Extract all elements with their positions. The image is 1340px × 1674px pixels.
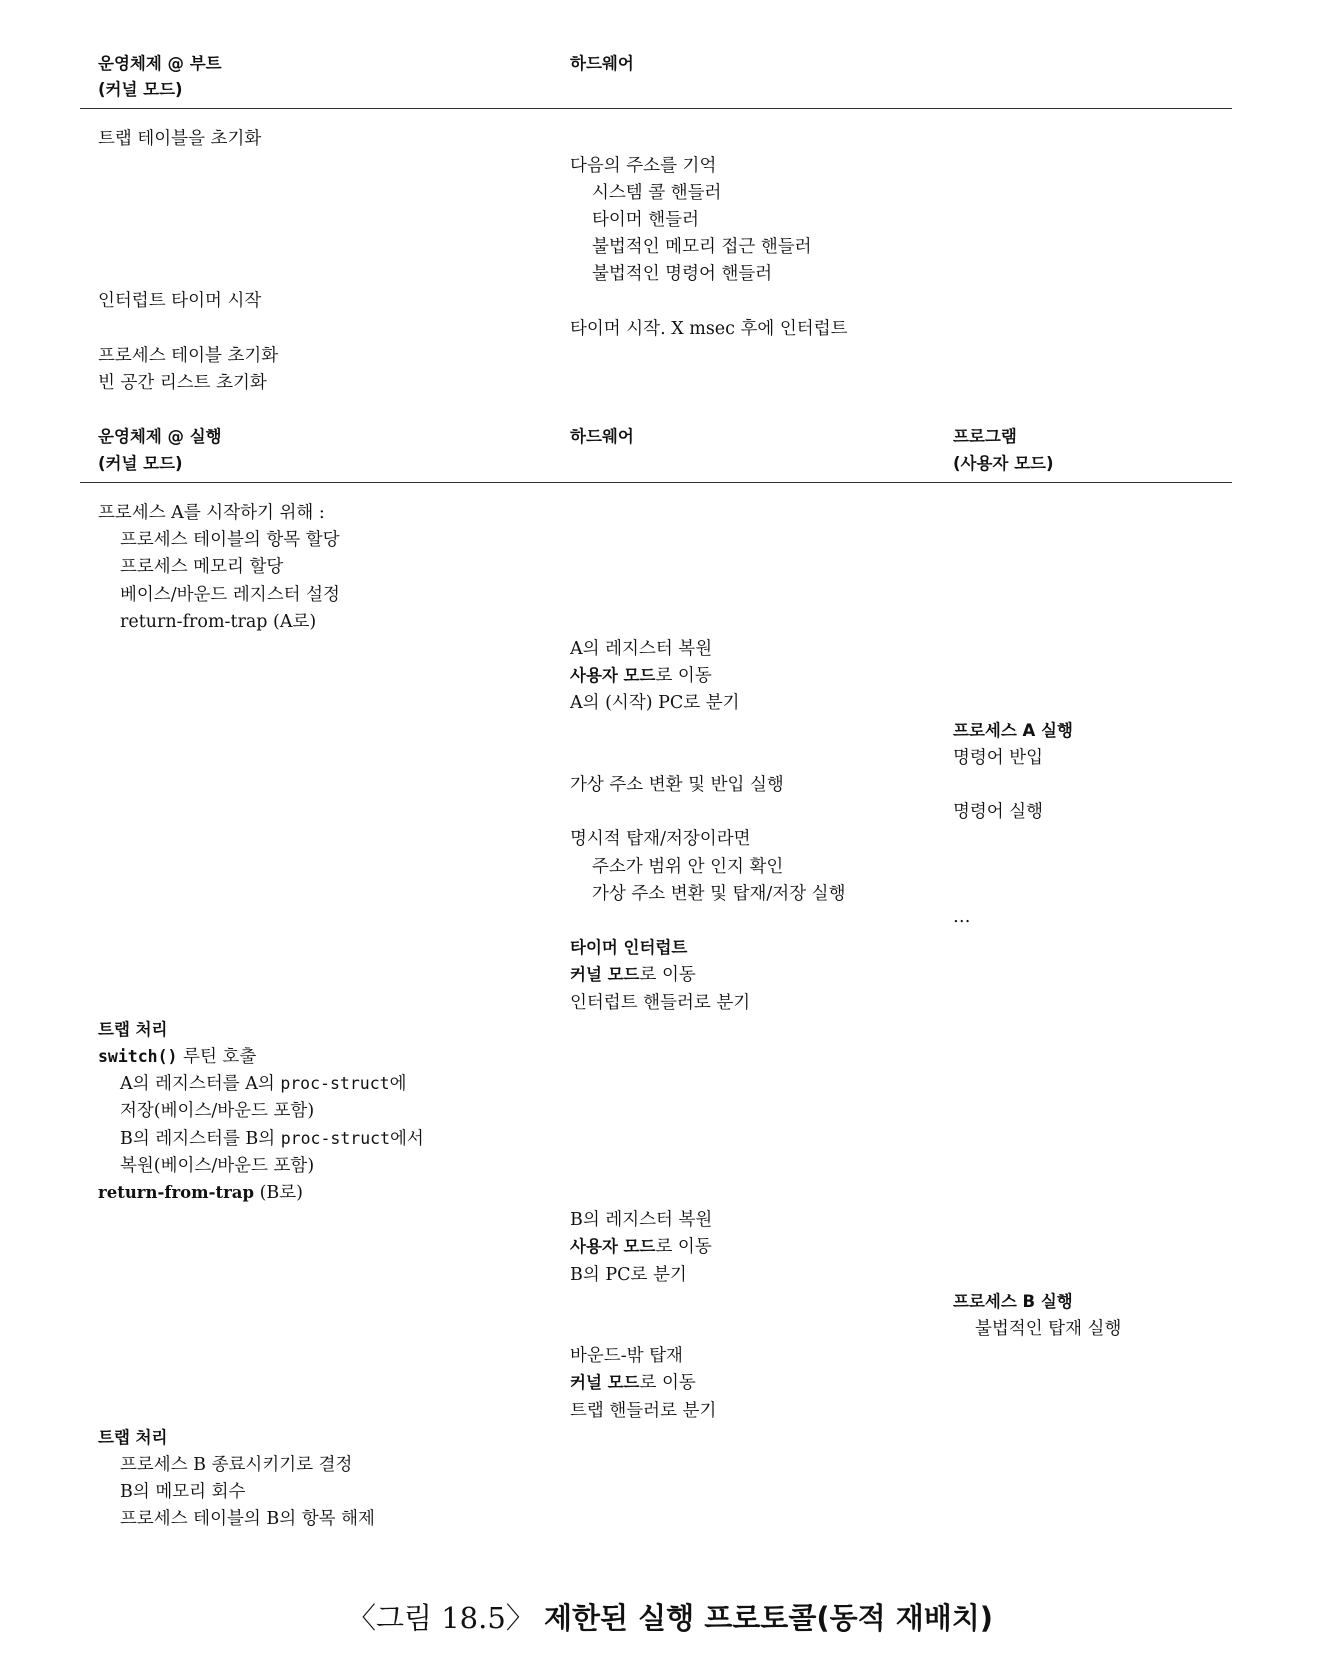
document-page: 운영체제 @ 부트 (커널 모드) 하드웨어 트랩 테이블을 초기화 다음의 주… <box>0 0 1340 1674</box>
run-os-row: return-from-trap (B로) <box>98 1182 303 1204</box>
row-text: (B로) <box>254 1183 303 1203</box>
bold-term: return-from-trap <box>98 1183 254 1202</box>
bold-term: 커널 모드 <box>570 965 640 984</box>
run-hw-row: 트랩 핸들러로 분기 <box>570 1400 716 1422</box>
run-os-mode: (커널 모드) <box>98 453 183 475</box>
row-text: 로 이동 <box>640 965 696 985</box>
boot-hw-row: 불법적인 메모리 접근 핸들러 <box>592 236 812 258</box>
run-hw-row: 타이머 인터럽트 <box>570 937 687 959</box>
row-text: 루틴 호출 <box>177 1047 256 1067</box>
run-hw-row: 주소가 범위 안 인지 확인 <box>592 856 783 878</box>
boot-hw-row: 불법적인 명령어 핸들러 <box>592 263 772 285</box>
run-header-rule <box>80 482 1232 483</box>
run-hw-row: 사용자 모드로 이동 <box>570 665 712 687</box>
boot-os-row: 인터럽트 타이머 시작 <box>98 290 261 312</box>
bold-term: 사용자 모드 <box>570 1237 655 1256</box>
run-hw-row: B의 레지스터 복원 <box>570 1209 712 1231</box>
run-hw-row: 바운드-밖 탑재 <box>570 1345 683 1367</box>
run-hw-row: 가상 주소 변환 및 탑재/저장 실행 <box>592 883 845 905</box>
run-hw-row: 명시적 탑재/저장이라면 <box>570 828 751 850</box>
run-os-row: B의 메모리 회수 <box>120 1481 245 1503</box>
run-os-row: switch() 루틴 호출 <box>98 1046 256 1068</box>
figure-title: 제한된 실행 프로토콜(동적 재배치) <box>544 1601 993 1635</box>
code-term: proc-struct <box>280 1074 389 1093</box>
run-os-header: 운영체제 @ 실행 <box>98 426 222 448</box>
run-hw-row: 사용자 모드로 이동 <box>570 1236 712 1258</box>
boot-os-header: 운영체제 @ 부트 <box>98 53 222 75</box>
run-hw-row: B의 PC로 분기 <box>570 1264 687 1286</box>
run-prog-row: 명령어 반입 <box>953 747 1043 769</box>
run-os-row: 트랩 처리 <box>98 1427 168 1449</box>
run-hw-row: A의 (시작) PC로 분기 <box>570 692 740 714</box>
run-hw-row: 가상 주소 변환 및 반입 실행 <box>570 774 784 796</box>
run-hw-row: 인터럽트 핸들러로 분기 <box>570 992 750 1014</box>
row-text: 로 이동 <box>655 1237 711 1257</box>
row-text: B의 레지스터를 B의 <box>120 1129 281 1149</box>
run-hw-row: A의 레지스터 복원 <box>570 638 712 660</box>
run-os-row: A의 레지스터를 A의 proc-struct에 <box>120 1073 407 1095</box>
figure-caption: 〈그림 18.5〉 제한된 실행 프로토콜(동적 재배치) <box>0 1600 1340 1636</box>
run-os-row: 트랩 처리 <box>98 1019 168 1041</box>
run-os-row: 프로세스 테이블의 B의 항목 해제 <box>120 1508 375 1530</box>
row-text: 에서 <box>390 1129 424 1149</box>
boot-os-row: 트랩 테이블을 초기화 <box>98 128 261 150</box>
run-os-row: 프로세스 B 종료시키기로 결정 <box>120 1454 352 1476</box>
code-term: proc-struct <box>281 1129 390 1148</box>
run-prog-ellipsis: … <box>953 906 971 928</box>
bold-term: 사용자 모드 <box>570 666 655 685</box>
boot-header-rule <box>80 108 1232 109</box>
run-hw-row: 커널 모드로 이동 <box>570 1372 696 1394</box>
row-text: 로 이동 <box>655 666 711 686</box>
boot-hw-row: 타이머 핸들러 <box>592 209 699 231</box>
run-prog-row: 프로세스 A 실행 <box>953 720 1073 742</box>
row-text: A의 레지스터를 A의 <box>120 1074 280 1094</box>
run-os-row: return-from-trap (A로) <box>120 611 316 633</box>
row-text: 에 <box>390 1074 407 1094</box>
boot-os-mode: (커널 모드) <box>98 79 183 101</box>
code-term: switch() <box>98 1047 177 1066</box>
figure-number: 〈그림 18.5〉 <box>347 1601 535 1635</box>
bold-term: 커널 모드 <box>570 1373 640 1392</box>
run-program-header: 프로그램 <box>953 426 1017 448</box>
boot-hw-row: 타이머 시작. X msec 후에 인터럽트 <box>570 318 848 340</box>
boot-os-row: 프로세스 테이블 초기화 <box>98 345 278 367</box>
run-prog-row: 명령어 실행 <box>953 801 1043 823</box>
run-prog-row: 프로세스 B 실행 <box>953 1291 1073 1313</box>
run-os-row: 저장(베이스/바운드 포함) <box>120 1100 314 1122</box>
run-os-row: 복원(베이스/바운드 포함) <box>120 1155 314 1177</box>
run-os-row: 프로세스 테이블의 항목 할당 <box>120 529 340 551</box>
row-text: 로 이동 <box>640 1373 696 1393</box>
run-os-row: 프로세스 메모리 할당 <box>120 556 283 578</box>
boot-hardware-header: 하드웨어 <box>570 53 634 75</box>
run-os-row: 프로세스 A를 시작하기 위해 : <box>98 502 325 524</box>
run-hw-row: 커널 모드로 이동 <box>570 964 696 986</box>
run-os-row: B의 레지스터를 B의 proc-struct에서 <box>120 1128 424 1150</box>
boot-os-row: 빈 공간 리스트 초기화 <box>98 372 267 394</box>
run-program-mode: (사용자 모드) <box>953 453 1054 475</box>
run-prog-row: 불법적인 탑재 실행 <box>975 1318 1121 1340</box>
run-os-row: 베이스/바운드 레지스터 설정 <box>120 584 340 606</box>
boot-hw-row: 다음의 주소를 기억 <box>570 155 716 177</box>
boot-hw-row: 시스템 콜 핸들러 <box>592 182 721 204</box>
run-hardware-header: 하드웨어 <box>570 426 634 448</box>
